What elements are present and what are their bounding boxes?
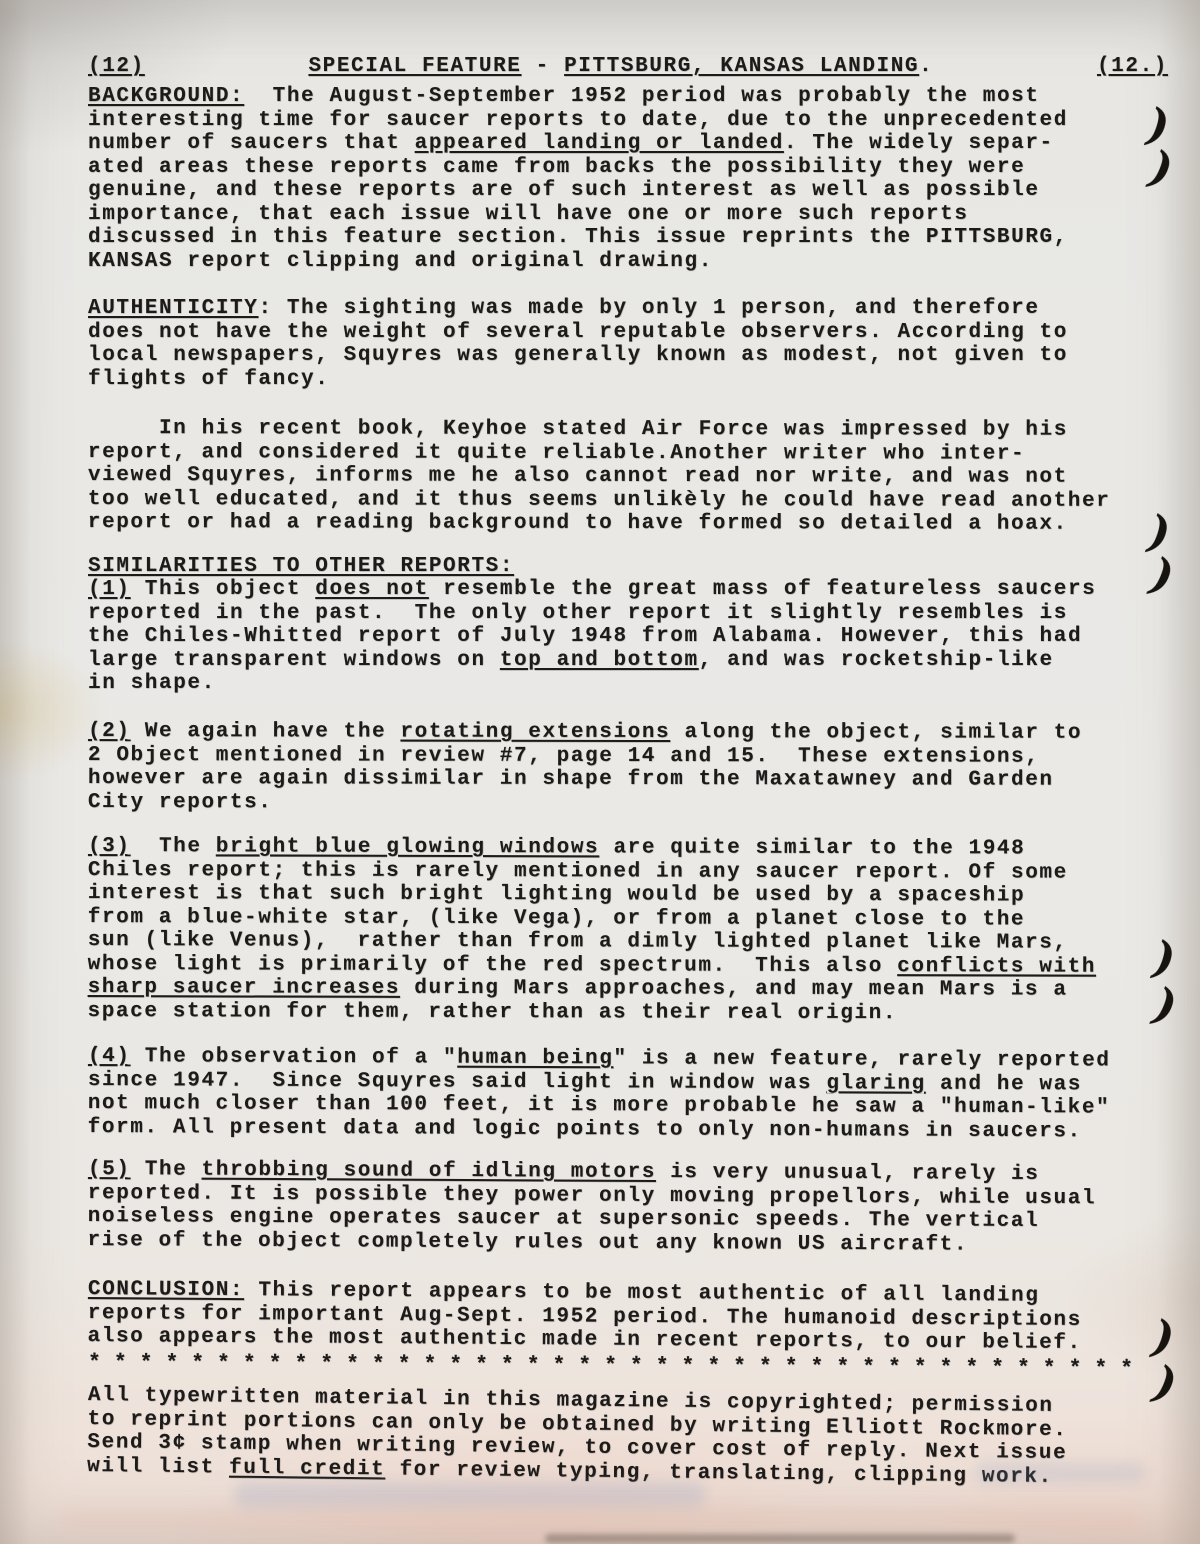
underlined-text: BACKGROUND: [88,85,244,108]
paper-stain [60,1508,1140,1532]
page-title: SPECIAL FEATURE - PITTSBURG, KANSAS LAND… [308,54,933,79]
text-line: sun (like Venus), rather than from a dim… [88,928,1168,954]
text-segment: rise of the object completely rules out … [88,1228,969,1256]
text-segment: 2 Object mentioned in review #7, page 14… [88,743,1040,768]
underlined-text: bright blue glowing windows [216,835,600,859]
text-segment: importance, that each issue will have on… [88,203,969,226]
underlined-text: human being [457,1046,613,1070]
underlined-text: (3) [88,835,131,858]
text-line: interest is that such bright lighting wo… [88,881,1168,907]
underlined-text: conflicts with [897,954,1096,978]
text-segment: flights of fancy. [88,368,329,391]
text-line: (2) We again have the rotating extension… [88,720,1168,745]
underlined-text: (4) [88,1045,131,1068]
scanned-document-page: (12)SPECIAL FEATURE - PITTSBURG, KANSAS … [0,0,1200,1544]
section-item3: (3) The bright blue glowing windows are … [88,835,1168,1026]
section-authenticity: AUTHENTICITY: The sighting was made by o… [88,297,1168,391]
section-item2: (2) We again have the rotating extension… [88,720,1168,816]
text-line: does not have the weight of several repu… [88,321,1168,345]
text-segment: space station for them, rather than as t… [88,999,898,1024]
underlined-text: (1) [88,578,131,601]
page-title-period: . [919,55,933,78]
text-segment: during Mars approaches, and may mean Mar… [400,976,1068,1001]
underlined-text: appeared landing or landed [415,132,784,155]
text-segment: The [130,1158,201,1181]
underlined-text: sharp saucer increases [88,975,401,999]
text-line: flights of fancy. [88,368,1168,392]
text-segment: " is a new feature, rarely reported [613,1047,1110,1072]
text-line: however are again dissimilar in shape fr… [88,766,1168,791]
text-line: discussed in this feature section. This … [88,226,1168,250]
text-line: too well educated, and it thus seems unl… [88,487,1168,512]
section-separator-stars: * * * * * * * * * * * * * * * * * * * * … [88,1352,1168,1382]
text-segment: is very unusual, rarely is [656,1160,1040,1185]
text-segment: number of saucers that [88,132,415,155]
text-segment: report or had a reading background to ha… [88,511,1068,536]
text-segment: are quite similar to the 1948 [599,836,1025,860]
text-segment: KANSAS report clipping and original draw… [88,250,713,273]
text-line: form. All present data and logic points … [88,1115,1168,1143]
text-line: large transparent windows on top and bot… [88,649,1168,673]
text-segment: not much closer than 100 feet, it is mor… [88,1091,1111,1118]
text-segment: ated areas these reports came from backs… [88,156,1025,179]
text-segment: Chiles report; this is rarely mentioned … [88,858,1068,884]
text-segment: The August-September 1952 period was pro… [244,85,1039,108]
scan-edge-shadow [545,1534,1015,1543]
text-line: in shape. [88,672,1168,696]
text-segment: discussed in this feature section. This … [88,226,1068,249]
underlined-text: glaring [826,1071,926,1094]
text-line: reported in the past. The only other rep… [88,602,1168,626]
text-line: local newspapers, Squyres was generally … [88,344,1168,368]
text-segment: The observation of a " [131,1045,458,1069]
text-line: (3) The bright blue glowing windows are … [88,835,1168,861]
text-line: space station for them, rather than as t… [88,999,1168,1025]
text-segment: . The widely separ- [784,132,1054,155]
text-line: number of saucers that appeared landing … [88,132,1168,156]
underlined-text: rotating extensions [400,720,670,743]
text-segment: , and was rocketship-like [699,649,1054,672]
text-segment: The [131,835,216,858]
page-number-right: (12.) [1097,54,1168,79]
section-item5: (5) The throbbing sound of idling motors… [88,1158,1168,1258]
text-segment: In his recent book, Keyhoe stated Air Fo… [88,417,1068,442]
text-segment: in shape. [88,672,216,695]
text-line: sharp saucer increases during Mars appro… [88,975,1168,1001]
text-line: BACKGROUND: The August-September 1952 pe… [88,85,1168,109]
text-line: report, and considered it quite reliable… [88,440,1168,465]
text-line: genuine, and these reports are of such i… [88,179,1168,203]
text-segment: report, and considered it quite reliable… [88,440,1025,465]
page-title-part2: PITTSBURG, KANSAS LANDING [564,55,919,78]
page-number-left: (12) [88,54,145,79]
text-segment: resemble the great mass of featureless s… [429,578,1097,601]
text-line: In his recent book, Keyhoe stated Air Fo… [88,417,1168,442]
text-segment: whose light is primarily of the red spec… [88,952,898,977]
text-segment: genuine, and these reports are of such i… [88,179,1040,202]
section-background: BACKGROUND: The August-September 1952 pe… [88,85,1168,273]
text-line: importance, that each issue will have on… [88,203,1168,227]
text-segment: form. All present data and logic points … [88,1115,1082,1142]
text-segment: interest is that such bright lighting wo… [88,881,1025,906]
text-segment: reported in the past. The only other rep… [88,602,1068,625]
text-line: report or had a reading background to ha… [88,511,1168,536]
text-segment: does not have the weight of several repu… [88,321,1068,344]
text-line: KANSAS report clipping and original draw… [88,250,1168,274]
text-line: interesting time for saucer reports to d… [88,109,1168,133]
text-segment: viewed Squyres, informs me he also canno… [88,464,1068,489]
underlined-text: SIMILARITIES TO OTHER REPORTS: [88,555,514,578]
page-header: (12)SPECIAL FEATURE - PITTSBURG, KANSAS … [88,54,1168,79]
underlined-text: AUTHENTICITY [88,297,258,320]
text-segment: We again have the [131,720,401,743]
section-item4: (4) The observation of a "human being" i… [88,1045,1168,1144]
text-segment: local newspapers, Squyres was generally … [88,344,1068,367]
text-segment: will list [87,1454,229,1479]
text-segment: : The sighting was made by only 1 person… [258,297,1039,320]
text-line: City reports. [88,790,1168,815]
text-line: ated areas these reports came from backs… [88,156,1168,180]
section-item1: (1) This object does not resemble the gr… [88,578,1168,696]
underlined-text: full credit [229,1456,385,1481]
text-segment: too well educated, and it thus seems unl… [88,487,1111,512]
text-segment: large transparent windows on [88,649,500,672]
text-segment: the Chiles-Whitted report of July 1948 f… [88,625,1082,648]
underlined-text: (2) [88,720,131,743]
text-line: SIMILARITIES TO OTHER REPORTS: [88,555,1168,579]
text-segment: interesting time for saucer reports to d… [88,109,1068,132]
text-segment: and he was [926,1072,1082,1096]
underlined-text: CONCLUSION: [88,1278,244,1302]
text-segment: * * * * * * * * * * * * * * * * * * * * … [88,1351,1133,1381]
text-segment: since 1947. Since Squyres said light in … [88,1068,827,1094]
text-segment: City reports. [88,790,273,813]
text-line: the Chiles-Whitted report of July 1948 f… [88,625,1168,649]
text-line: Chiles report; this is rarely mentioned … [88,858,1168,884]
underlined-text: throbbing sound of idling motors [202,1158,657,1183]
section-similarities-heading: SIMILARITIES TO OTHER REPORTS: [88,555,1168,579]
text-line: AUTHENTICITY: The sighting was made by o… [88,297,1168,321]
ink-bleed-smudge [235,1482,705,1508]
text-line: (1) This object does not resemble the gr… [88,578,1168,602]
section-copyright-footer: All typewritten material in this magazin… [87,1384,1168,1490]
section-keyhoe-paragraph: In his recent book, Keyhoe stated Air Fo… [88,417,1168,536]
text-segment: however are again dissimilar in shape fr… [88,766,1054,791]
text-line: from a blue-white star, (like Vega), or … [88,905,1168,931]
section-conclusion: CONCLUSION: This report appears to be mo… [88,1278,1168,1356]
text-segment: from a blue-white star, (like Vega), or … [88,905,1025,930]
page-title-part1: SPECIAL FEATURE [308,55,521,78]
page-title-separator: - [521,55,564,78]
text-line: 2 Object mentioned in review #7, page 14… [88,743,1168,768]
text-line: viewed Squyres, informs me he also canno… [88,464,1168,489]
document-body: (12)SPECIAL FEATURE - PITTSBURG, KANSAS … [88,54,1168,1478]
text-line: whose light is primarily of the red spec… [88,952,1168,978]
text-line: * * * * * * * * * * * * * * * * * * * * … [88,1352,1168,1382]
text-segment: along the object, similar to [670,721,1082,745]
underlined-text: top and bottom [500,649,699,672]
text-segment: sun (like Venus), rather than from a dim… [88,928,1068,954]
underlined-text: (5) [88,1158,131,1181]
underlined-text: does not [315,578,429,601]
text-segment: This object [131,578,316,601]
